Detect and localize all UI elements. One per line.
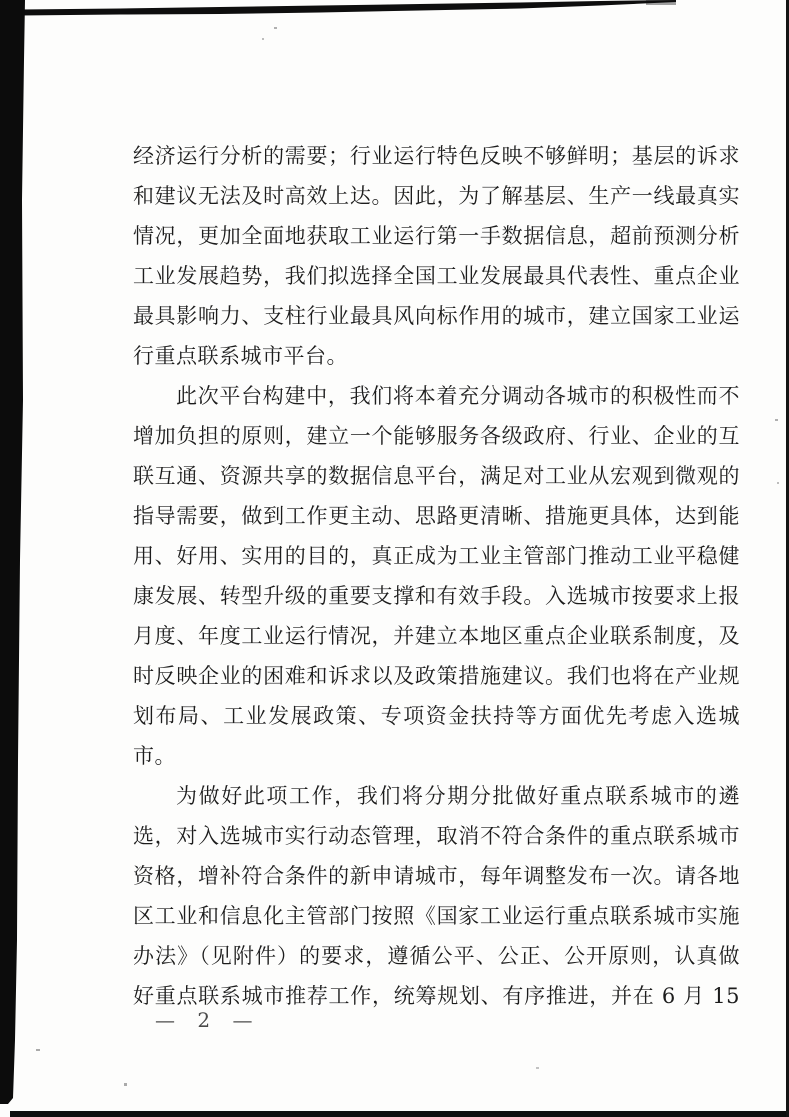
text-line: 资格，增补符合条件的新申请城市，每年调整发布一次。请各地 [133, 856, 740, 896]
text-line: 指导需要，做到工作更主动、思路更清晰、措施更具体，达到能 [133, 496, 740, 536]
text-line: 联互通、资源共享的数据信息平台，满足对工业从宏观到微观的 [133, 456, 740, 496]
text-line: 区工业和信息化主管部门按照《国家工业运行重点联系城市实施 [133, 896, 740, 936]
text-line: 用、好用、实用的目的，真正成为工业主管部门推动工业平稳健 [133, 536, 740, 576]
text-line: 和建议无法及时高效上达。因此，为了解基层、生产一线最真实 [133, 176, 740, 216]
text-line: 划布局、工业发展政策、专项资金扶持等方面优先考虑入选城 [133, 696, 740, 736]
text-line: 最具影响力、支柱行业最具风向标作用的城市，建立国家工业运 [133, 296, 740, 336]
text-line: 办法》（见附件）的要求，遵循公平、公正、公开原则，认真做 [133, 936, 740, 976]
text-line: 此次平台构建中，我们将本着充分调动各城市的积极性而不 [133, 376, 740, 416]
scan-speck [36, 1049, 40, 1051]
text-line: 行重点联系城市平台。 [133, 336, 740, 376]
text-line: 经济运行分析的需要；行业运行特色反映不够鲜明；基层的诉求 [133, 136, 740, 176]
text-line: 时反映企业的困难和诉求以及政策措施建议。我们也将在产业规 [133, 656, 740, 696]
text-line: 为做好此项工作，我们将分期分批做好重点联系城市的遴 [133, 776, 740, 816]
scan-edge-top [20, 0, 676, 16]
body-text: 经济运行分析的需要；行业运行特色反映不够鲜明；基层的诉求和建议无法及时高效上达。… [133, 136, 740, 1016]
scan-edge-bottom [10, 1111, 789, 1117]
scan-speck [775, 419, 778, 421]
text-line: 增加负担的原则，建立一个能够服务各级政府、行业、企业的互 [133, 416, 740, 456]
text-line: 月度、年度工业运行情况，并建立本地区重点企业联系制度，及 [133, 616, 740, 656]
scan-edge-left [0, 0, 25, 1104]
scan-gray-patch [646, 0, 676, 5]
text-line: 选，对入选城市实行动态管理，取消不符合条件的重点联系城市 [133, 816, 740, 856]
scan-speck [274, 27, 277, 29]
page-number: — 2 — [155, 1008, 259, 1032]
scan-speck [262, 38, 264, 40]
text-line: 市。 [133, 736, 740, 776]
text-line: 情况，更加全面地获取工业运行第一手数据信息，超前预测分析 [133, 216, 740, 256]
scan-speck [124, 1083, 127, 1086]
text-line: 工业发展趋势，我们拟选择全国工业发展最具代表性、重点企业 [133, 256, 740, 296]
scanned-document-page: 经济运行分析的需要；行业运行特色反映不够鲜明；基层的诉求和建议无法及时高效上达。… [0, 0, 789, 1117]
scan-speck [536, 1067, 539, 1069]
scan-speck [777, 482, 779, 484]
text-line: 康发展、转型升级的重要支撑和有效手段。入选城市按要求上报 [133, 576, 740, 616]
